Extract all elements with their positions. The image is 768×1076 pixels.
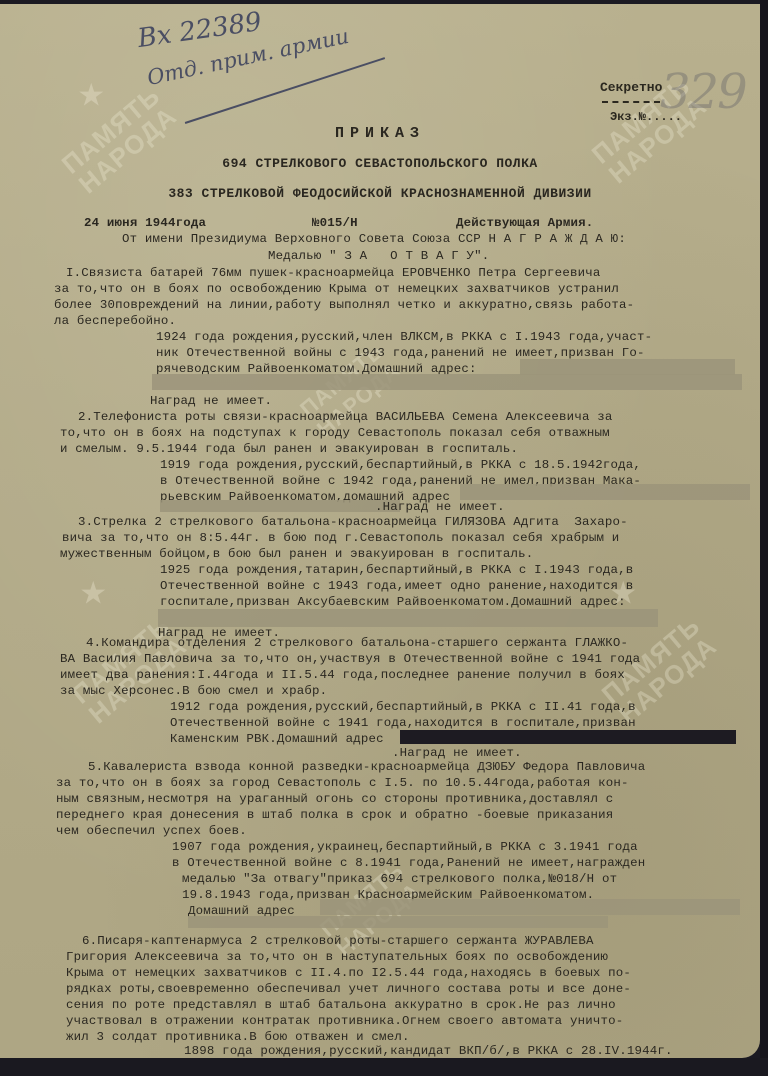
entry-closing: .Наград не имеет. xyxy=(392,746,522,760)
entry-line: имеет два ранения:I.44года и II.5.44 год… xyxy=(60,668,625,682)
bio-line: медалью "За отвагу"приказ 694 стрелковог… xyxy=(182,872,617,886)
entry-line: жил 3 солдат противника.В бою отважен и … xyxy=(66,1030,410,1044)
bio-line: в Отечественной войне с 8.1941 года,Ране… xyxy=(172,856,645,870)
entry-line: участвовал в отражении контратак противн… xyxy=(66,1014,623,1028)
entry-line: 3.Стрелка 2 стрелкового батальона-красно… xyxy=(78,515,628,529)
order-number: №015/Н xyxy=(312,216,358,230)
entry-line: ВА Василия Павловича за то,что он,участв… xyxy=(60,652,640,666)
bio-line: 1919 года рождения,русский,беспартийный,… xyxy=(160,458,641,472)
redacted-address xyxy=(400,730,736,744)
unit-division: 383 СТРЕЛКОВОЙ ФЕОДОСИЙСКОЙ КРАСНОЗНАМЕН… xyxy=(0,186,760,201)
classification-divider xyxy=(602,101,660,103)
redacted-address xyxy=(158,609,658,627)
scan-border-right xyxy=(760,0,768,1076)
entry-line: сения по роте представлял в штаб батальо… xyxy=(66,998,616,1012)
star-icon: ★ xyxy=(78,66,105,120)
entry-closing: Наград не имеет. xyxy=(150,394,272,408)
entry-line: мужественным бойцом,в бою был ранен и эв… xyxy=(60,547,533,561)
bio-line: 1898 года рождения,русский,кандидат ВКП/… xyxy=(184,1044,673,1058)
bio-line: 1912 года рождения,русский,беспартийный,… xyxy=(170,700,636,714)
entry-line: чем обеспечил успех боев. xyxy=(56,824,247,838)
bio-line: 1924 года рождения,русский,член ВЛКСМ,в … xyxy=(156,330,652,344)
bio-line: 1907 года рождения,украинец,беспартийный… xyxy=(172,840,638,854)
entry-line: за то,что он в боях за город Севастополь… xyxy=(56,776,629,790)
entry-line: рядках роты,своевременно обеспечивал уче… xyxy=(66,982,631,996)
document-page: ★ ПАМЯТЬ НАРОДА ПАМЯТЬ НАРОДА ПАМЯТЬ НАР… xyxy=(0,4,760,1058)
entry-line: 5.Кавалериста взвода конной разведки-кра… xyxy=(88,760,645,774)
preamble: От имени Президиума Верховного Совета Со… xyxy=(122,232,626,246)
entry-line: 4.Командира отделения 2 стрелкового бата… xyxy=(86,636,628,650)
redacted-address xyxy=(160,500,400,512)
medal-name: Медалью " З А О Т В А Г У". xyxy=(268,249,489,263)
bio-line: 1925 года рождения,татарин,беспартийный,… xyxy=(160,563,633,577)
redacted-address xyxy=(152,374,742,390)
bio-line: ник Отечественной войны с 1943 года,ране… xyxy=(156,346,645,360)
entry-line: 2.Телефониста роты связи-красноармейца В… xyxy=(78,410,613,424)
entry-line: переднего края донесения в штаб полка в … xyxy=(56,808,613,822)
classification-label: Секретно xyxy=(600,80,662,95)
bio-line: Отечественной войне с 1941 года,находитс… xyxy=(170,716,636,730)
entry-line: Крыма от немецких захватчиков с II.4.по … xyxy=(66,966,631,980)
entry-line: то,что он в боях на подступах к городу С… xyxy=(60,426,610,440)
entry-line: за то,что он в боях по освобождению Крым… xyxy=(54,282,619,296)
entry-line: более 30повреждений на линии,работу выпо… xyxy=(54,298,634,312)
entry-line: I.Связиста батарей 76мм пушек-красноарме… xyxy=(66,266,601,280)
star-icon: ★ xyxy=(80,564,107,618)
unit-regiment: 694 СТРЕЛКОВОГО СЕВАСТОПОЛЬСКОГО ПОЛКА xyxy=(0,156,760,171)
bio-line: госпитале,призван Аксубаевским Райвоенко… xyxy=(160,595,626,609)
order-location: Действующая Армия. xyxy=(456,216,593,230)
entry-line: и смелым. 9.5.1944 года был ранен и эвак… xyxy=(60,442,518,456)
document-title: ПРИКАЗ xyxy=(0,125,760,142)
entry-line: Григория Алексеевича за то,что он в наст… xyxy=(66,950,608,964)
entry-line: ным связным,несмотря на ураганный огонь … xyxy=(56,792,613,806)
entry-line: за мыс Херсонес.В бою смел и храбр. xyxy=(60,684,327,698)
entry-line: вича за то,что он 8:5.44г. в бою под г.С… xyxy=(62,531,619,545)
redacted-address xyxy=(460,484,750,500)
entry-line: 6.Писаря-каптенармуса 2 стрелковой роты-… xyxy=(82,934,594,948)
copy-number: Экз.№..... xyxy=(610,110,682,124)
scan-border-bottom xyxy=(0,1058,768,1076)
redacted-address xyxy=(188,916,608,928)
bio-line: Каменским РВК.Домашний адрес xyxy=(170,732,384,746)
entry-closing: .Наград не имеет. xyxy=(375,500,505,514)
redacted-address xyxy=(320,899,740,915)
entry-line: ла бесперебойно. xyxy=(54,314,176,328)
order-date: 24 июня 1944года xyxy=(84,216,206,230)
redacted-address xyxy=(520,359,735,375)
bio-line: Отечественной войне с 1943 года,имеет од… xyxy=(160,579,633,593)
